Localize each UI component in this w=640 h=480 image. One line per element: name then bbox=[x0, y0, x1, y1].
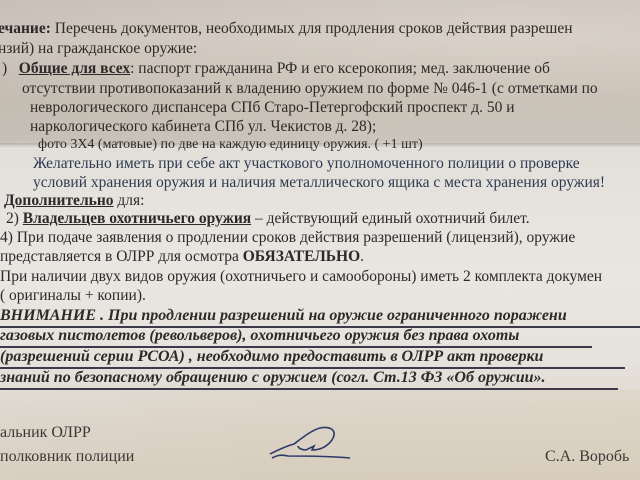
additional-suffix: для: bbox=[114, 192, 145, 209]
item1-heading: Общие для всех bbox=[19, 60, 130, 77]
item2-number: 2) bbox=[6, 210, 23, 227]
warning-line2: газовых пистолетов (револьверов), охотни… bbox=[0, 326, 519, 346]
item1-text: : паспорт гражданина РФ и его ксерокопия… bbox=[130, 60, 550, 77]
title-line: ечание: Перечень документов, необходимых… bbox=[0, 20, 573, 38]
item4-emphasis: ОБЯЗАТЕЛЬНО bbox=[243, 248, 360, 265]
title-prefix: ечание: bbox=[0, 20, 51, 37]
handwritten-signature-icon bbox=[268, 420, 358, 470]
item4-line2: представляется в ОЛРР для осмотра ОБЯЗАТ… bbox=[0, 248, 364, 266]
signatory-name: С.А. Воробь bbox=[545, 448, 629, 466]
item1-line2: отсутствии противопоказаний к владению о… bbox=[22, 80, 598, 98]
title-line-2: нзий) на гражданское оружие: bbox=[0, 40, 197, 58]
warning-line4: знаний по безопасному обращению с оружие… bbox=[0, 368, 546, 388]
warning-line3: (разрешений серии РСОА) , необходимо пре… bbox=[0, 347, 543, 367]
item4-line1: 4) При подаче заявления о продлении срок… bbox=[0, 229, 575, 247]
title-text: Перечень документов, необходимых для про… bbox=[51, 20, 573, 37]
note-line2: ( оригиналы + копии). bbox=[0, 287, 146, 305]
item1-line3: неврологического диспансера СПб Старо-Пе… bbox=[30, 99, 515, 117]
item1-line1: ) Общие для всех: паспорт гражданина РФ … bbox=[2, 60, 550, 78]
warning-line1: ВНИМАНИЕ . При продлении разрешений на о… bbox=[0, 306, 567, 326]
item1-line7: условий хранения оружия и наличия металл… bbox=[33, 174, 605, 192]
signatory-position-line1: альник ОЛРР bbox=[0, 424, 91, 442]
item1-number: ) bbox=[2, 60, 7, 77]
item4-end: . bbox=[360, 248, 364, 265]
note-line1: При наличии двух видов оружия (охотничье… bbox=[0, 268, 602, 286]
warning-underline-4 bbox=[0, 388, 618, 390]
additional-heading-line: Дополнительно для: bbox=[4, 192, 144, 210]
item2-text: – действующий единый охотничий билет. bbox=[251, 210, 529, 227]
item2-line: 2) Владельцев охотничьего оружия – дейст… bbox=[6, 210, 530, 228]
additional-heading: Дополнительно bbox=[4, 192, 114, 209]
item1-line6: Желательно иметь при себе акт участковог… bbox=[33, 155, 580, 173]
item4-text: представляется в ОЛРР для осмотра bbox=[0, 248, 243, 265]
item1-line5: фото 3Х4 (матовые) по две на каждую един… bbox=[38, 136, 423, 154]
signatory-position-line2: полковник полиции bbox=[0, 448, 134, 466]
item2-heading: Владельцев охотничьего оружия bbox=[23, 210, 251, 227]
item1-line4: наркологического кабинета СПб ул. Чекист… bbox=[30, 118, 376, 136]
